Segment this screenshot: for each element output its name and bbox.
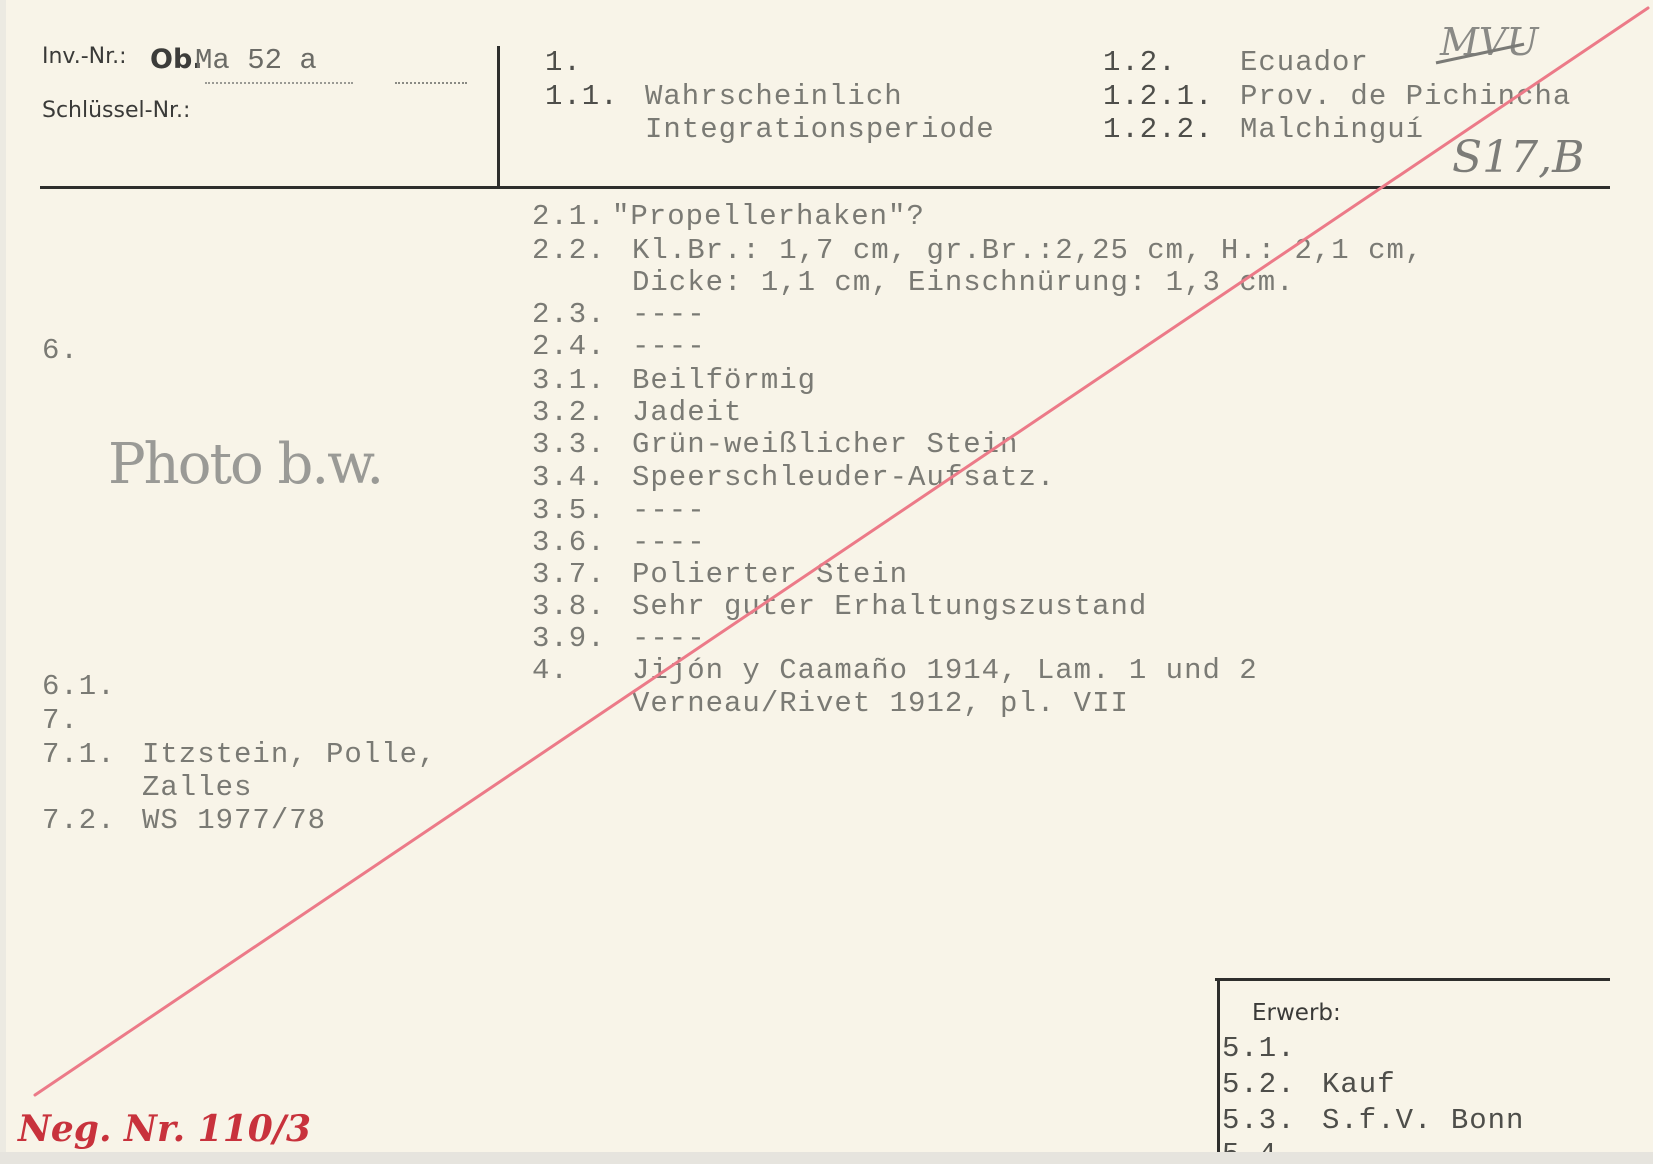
card-bottom-edge (0, 1152, 1653, 1164)
catalog-card: Inv.-Nr.: Ob. Ma 52 a Schlüssel-Nr.: 1. … (0, 0, 1653, 1164)
red-cancel-line (0, 0, 1653, 1164)
